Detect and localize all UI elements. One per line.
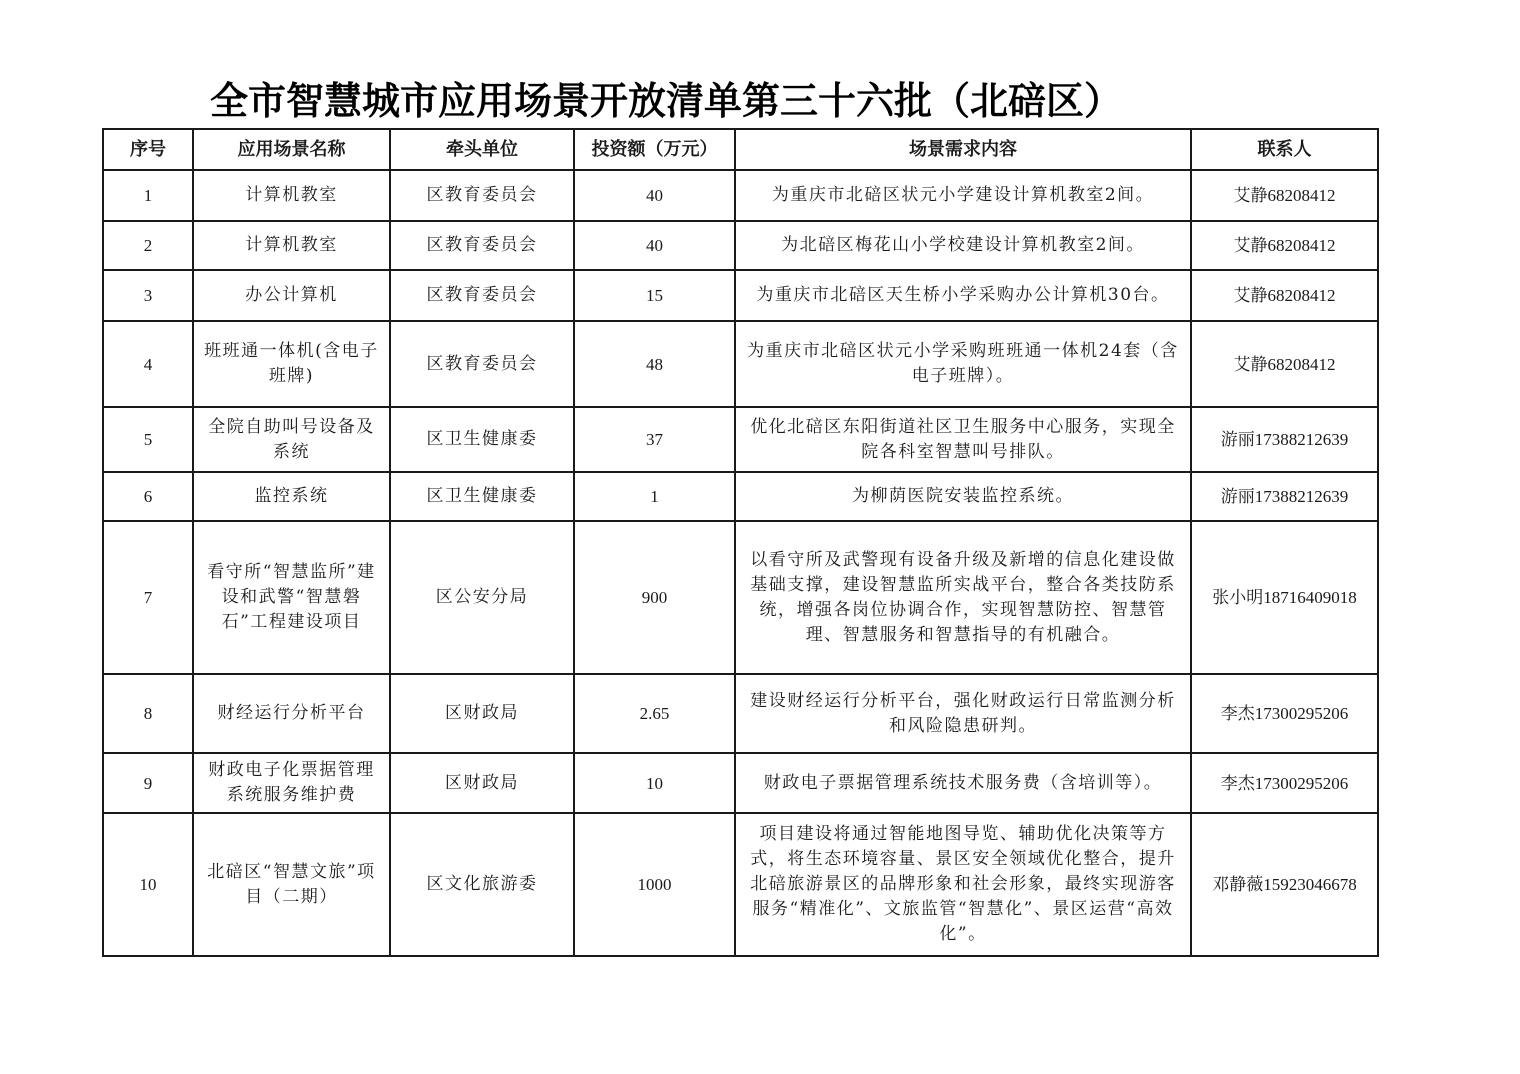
cell-lead-unit: 区财政局 [390,753,574,813]
cell-scenario-name: 办公计算机 [193,270,390,321]
scenario-table: 序号 应用场景名称 牵头单位 投资额（万元） 场景需求内容 联系人 1 计算机教… [102,128,1379,957]
cell-index: 3 [103,270,193,321]
cell-scenario-name: 财经运行分析平台 [193,674,390,753]
cell-scenario-name: 计算机教室 [193,221,390,270]
cell-index: 10 [103,813,193,956]
cell-contact: 艾静68208412 [1191,170,1378,221]
cell-contact: 李杰17300295206 [1191,753,1378,813]
cell-lead-unit: 区公安分局 [390,521,574,674]
table-row: 9 财政电子化票据管理系统服务维护费 区财政局 10 财政电子票据管理系统技术服… [103,753,1378,813]
cell-lead-unit: 区财政局 [390,674,574,753]
cell-scenario-name: 全院自助叫号设备及系统 [193,407,390,472]
header-investment: 投资额（万元） [574,129,735,170]
cell-lead-unit: 区文化旅游委 [390,813,574,956]
header-requirements: 场景需求内容 [735,129,1191,170]
cell-contact: 游丽17388212639 [1191,407,1378,472]
cell-contact: 艾静68208412 [1191,270,1378,321]
cell-investment: 48 [574,321,735,407]
cell-scenario-name: 监控系统 [193,472,390,521]
cell-investment: 10 [574,753,735,813]
cell-scenario-name: 计算机教室 [193,170,390,221]
cell-scenario-name: 看守所“智慧监所”建设和武警“智慧磐石”工程建设项目 [193,521,390,674]
table-row: 4 班班通一体机(含电子班牌) 区教育委员会 48 为重庆市北碚区状元小学采购班… [103,321,1378,407]
cell-index: 6 [103,472,193,521]
cell-index: 2 [103,221,193,270]
cell-investment: 1 [574,472,735,521]
cell-contact: 李杰17300295206 [1191,674,1378,753]
table-row: 3 办公计算机 区教育委员会 15 为重庆市北碚区天生桥小学采购办公计算机30台… [103,270,1378,321]
cell-contact: 艾静68208412 [1191,221,1378,270]
cell-investment: 37 [574,407,735,472]
cell-requirements: 为柳荫医院安装监控系统。 [735,472,1191,521]
cell-lead-unit: 区卫生健康委 [390,407,574,472]
table-row: 1 计算机教室 区教育委员会 40 为重庆市北碚区状元小学建设计算机教室2间。 … [103,170,1378,221]
table-row: 10 北碚区“智慧文旅”项目（二期） 区文化旅游委 1000 项目建设将通过智能… [103,813,1378,956]
cell-contact: 游丽17388212639 [1191,472,1378,521]
cell-contact: 艾静68208412 [1191,321,1378,407]
cell-requirements: 为重庆市北碚区天生桥小学采购办公计算机30台。 [735,270,1191,321]
cell-investment: 1000 [574,813,735,956]
cell-lead-unit: 区教育委员会 [390,221,574,270]
table-row: 5 全院自助叫号设备及系统 区卫生健康委 37 优化北碚区东阳街道社区卫生服务中… [103,407,1378,472]
cell-lead-unit: 区卫生健康委 [390,472,574,521]
cell-investment: 40 [574,170,735,221]
cell-index: 5 [103,407,193,472]
table-row: 7 看守所“智慧监所”建设和武警“智慧磐石”工程建设项目 区公安分局 900 以… [103,521,1378,674]
header-index: 序号 [103,129,193,170]
cell-index: 8 [103,674,193,753]
cell-requirements: 优化北碚区东阳街道社区卫生服务中心服务，实现全院各科室智慧叫号排队。 [735,407,1191,472]
cell-index: 4 [103,321,193,407]
table-row: 2 计算机教室 区教育委员会 40 为北碚区梅花山小学校建设计算机教室2间。 艾… [103,221,1378,270]
cell-index: 7 [103,521,193,674]
cell-scenario-name: 财政电子化票据管理系统服务维护费 [193,753,390,813]
cell-requirements: 项目建设将通过智能地图导览、辅助优化决策等方式，将生态环境容量、景区安全领域优化… [735,813,1191,956]
table-row: 6 监控系统 区卫生健康委 1 为柳荫医院安装监控系统。 游丽173882126… [103,472,1378,521]
cell-requirements: 财政电子票据管理系统技术服务费（含培训等）。 [735,753,1191,813]
cell-contact: 张小明18716409018 [1191,521,1378,674]
cell-investment: 900 [574,521,735,674]
cell-index: 1 [103,170,193,221]
cell-contact: 邓静薇15923046678 [1191,813,1378,956]
cell-scenario-name: 北碚区“智慧文旅”项目（二期） [193,813,390,956]
cell-index: 9 [103,753,193,813]
cell-lead-unit: 区教育委员会 [390,321,574,407]
cell-requirements: 为重庆市北碚区状元小学采购班班通一体机24套（含电子班牌）。 [735,321,1191,407]
table-header-row: 序号 应用场景名称 牵头单位 投资额（万元） 场景需求内容 联系人 [103,129,1378,170]
cell-investment: 15 [574,270,735,321]
header-scenario-name: 应用场景名称 [193,129,390,170]
cell-scenario-name: 班班通一体机(含电子班牌) [193,321,390,407]
table-row: 8 财经运行分析平台 区财政局 2.65 建设财经运行分析平台，强化财政运行日常… [103,674,1378,753]
cell-requirements: 以看守所及武警现有设备升级及新增的信息化建设做基础支撑，建设智慧监所实战平台，整… [735,521,1191,674]
cell-requirements: 为北碚区梅花山小学校建设计算机教室2间。 [735,221,1191,270]
cell-requirements: 建设财经运行分析平台，强化财政运行日常监测分析和风险隐患研判。 [735,674,1191,753]
document-title: 全市智慧城市应用场景开放清单第三十六批（北碚区） [210,78,1122,124]
header-contact: 联系人 [1191,129,1378,170]
cell-lead-unit: 区教育委员会 [390,270,574,321]
cell-lead-unit: 区教育委员会 [390,170,574,221]
header-lead-unit: 牵头单位 [390,129,574,170]
cell-investment: 2.65 [574,674,735,753]
cell-investment: 40 [574,221,735,270]
cell-requirements: 为重庆市北碚区状元小学建设计算机教室2间。 [735,170,1191,221]
